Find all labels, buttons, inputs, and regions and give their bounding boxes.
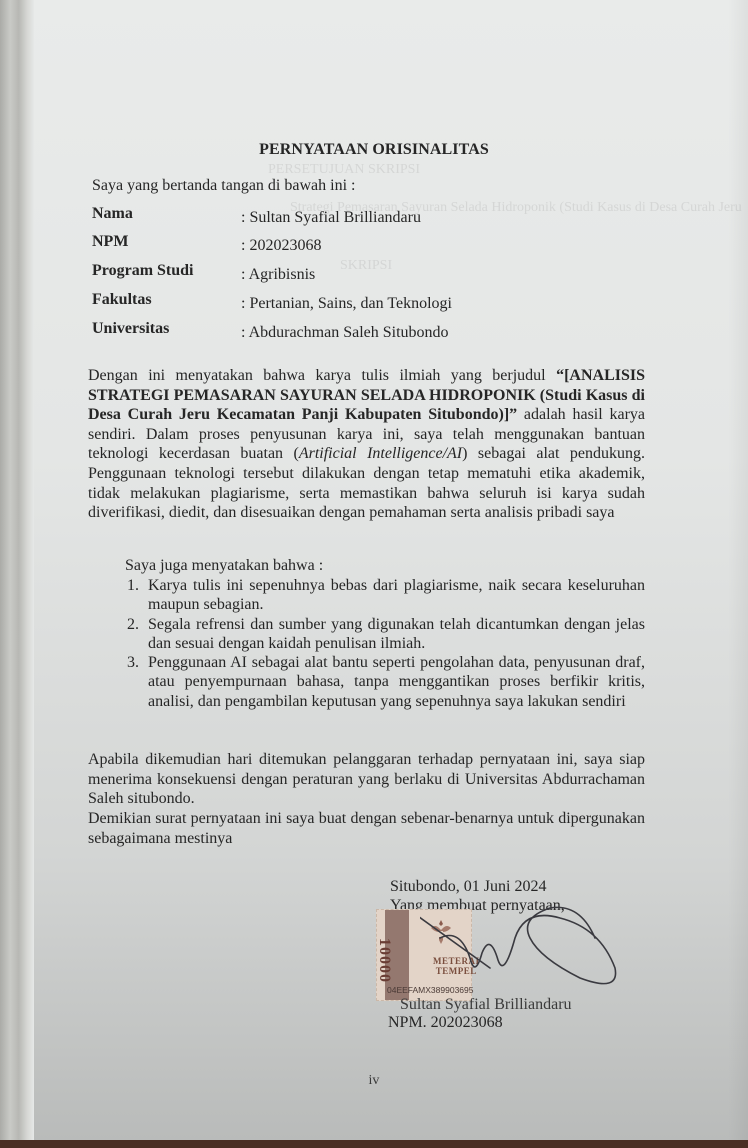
bleed-through-text: SKRIPSI (340, 258, 392, 274)
list-text: Segala refrensi dan sumber yang digunaka… (148, 616, 645, 652)
closing-paragraph: Demikian surat pernyataan ini saya buat … (88, 809, 645, 848)
document-page: PERSETUJUAN SKRIPSI Strategi Pemasaran S… (0, 0, 748, 1140)
page-number: iv (0, 1073, 748, 1089)
list-number: 1. (127, 576, 139, 595)
consequence-paragraph: Apabila dikemudian hari ditemukan pelang… (88, 750, 645, 809)
field-label: Nama (92, 205, 133, 223)
field-label: Universitas (92, 320, 169, 338)
field-value: : Agribisnis (241, 266, 315, 284)
signature-place-date: Situbondo, 01 Juni 2024 (390, 878, 546, 896)
field-value: : 202023068 (241, 237, 321, 255)
list-text: Karya tulis ini sepenuhnya bebas dari pl… (148, 577, 645, 613)
list-number: 3. (127, 653, 139, 672)
field-value: : Abdurachman Saleh Situbondo (241, 324, 449, 342)
stamp-value: 10000 (375, 938, 393, 983)
statement-paragraph: Dengan ini menyatakan bahwa karya tulis … (88, 366, 645, 523)
page-title: PERNYATAAN ORISINALITAS (0, 141, 748, 159)
ai-term: Artificial Intelligence/AI (299, 445, 462, 462)
handwritten-signature (420, 898, 620, 998)
bleed-through-text: PERSETUJUAN SKRIPSI (268, 162, 420, 178)
field-value: : Pertanian, Sains, dan Teknologi (241, 295, 452, 313)
field-value: : Sultan Syafial Brilliandaru (241, 209, 421, 227)
list-number: 2. (127, 615, 139, 634)
intro-text: Saya yang bertanda tangan di bawah ini : (92, 177, 355, 195)
list-item: 2. Segala refrensi dan sumber yang digun… (127, 615, 645, 654)
list-item: 3. Penggunaan AI sebagai alat bantu sepe… (127, 653, 645, 711)
signer-npm: NPM. 202023068 (388, 1014, 503, 1032)
field-label: NPM (92, 233, 128, 251)
list-text: Penggunaan AI sebagai alat bantu seperti… (148, 654, 645, 710)
also-declare-text: Saya juga menyatakan bahwa : (125, 557, 323, 575)
field-label: Program Studi (92, 262, 193, 280)
field-label: Fakultas (92, 291, 152, 309)
signer-name: Sultan Syafial Brilliandaru (400, 996, 572, 1014)
list-item: 1. Karya tulis ini sepenuhnya bebas dari… (127, 576, 645, 615)
declarations-list: 1. Karya tulis ini sepenuhnya bebas dari… (127, 576, 645, 711)
statement-lead: Dengan ini menyatakan bahwa karya tulis … (88, 367, 556, 384)
